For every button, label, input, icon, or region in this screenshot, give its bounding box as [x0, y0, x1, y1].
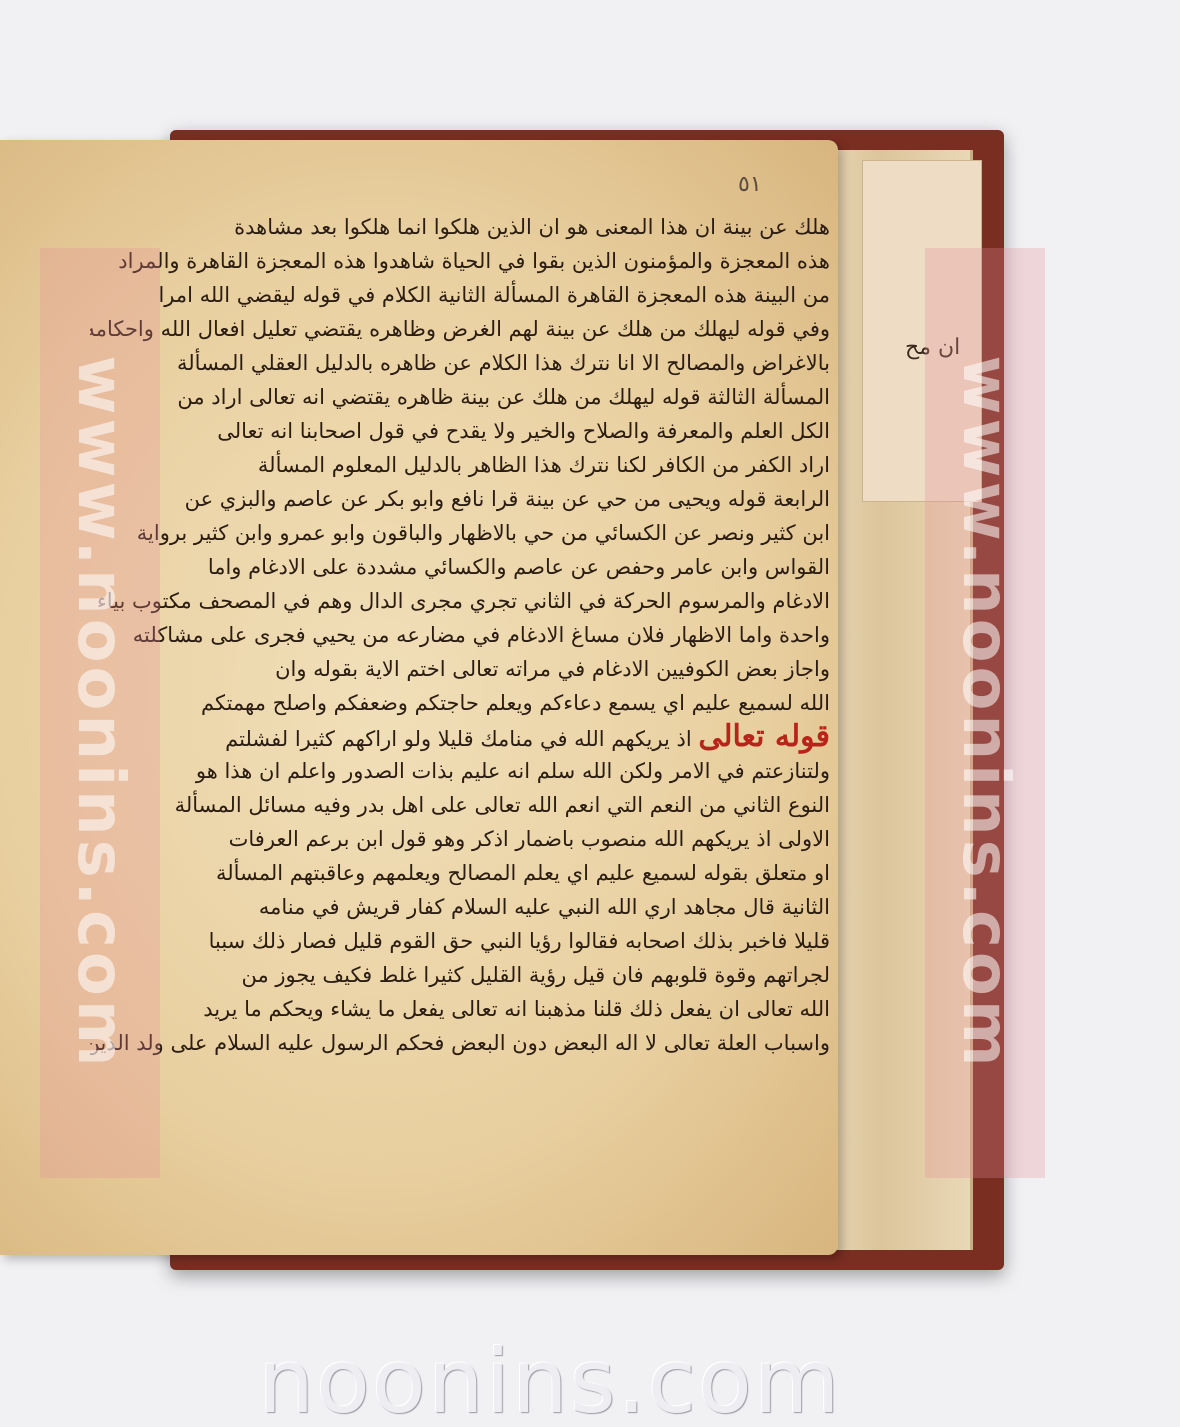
manuscript-line: المسألة الثالثة قوله ليهلك من هلك عن بين…: [90, 380, 830, 414]
rubric-heading: قوله تعالى: [698, 720, 830, 754]
manuscript-line: ابن كثير ونصر عن الكسائي من حي بالاظهار …: [90, 516, 830, 550]
manuscript-line: من البينة هذه المعجزة القاهرة المسألة ال…: [90, 278, 830, 312]
manuscript-line: قوله تعالى اذ يريكهم الله في منامك قليلا…: [90, 720, 830, 754]
manuscript-line: وفي قوله ليهلك من هلك عن بينة لهم الغرض …: [90, 312, 830, 346]
manuscript-line: قليلا فاخبر بذلك اصحابه فقالوا رؤيا النب…: [90, 924, 830, 958]
manuscript-line: القواس وابن عامر وحفص عن عاصم والكسائي م…: [90, 550, 830, 584]
line-text: اذ يريكهم الله في منامك قليلا ولو اراكهم…: [225, 727, 692, 751]
manuscript-line: الكل العلم والمعرفة والصلاح والخير ولا ي…: [90, 414, 830, 448]
manuscript-line: الله لسميع عليم اي يسمع دعاءكم ويعلم حاج…: [90, 686, 830, 720]
manuscript-line: واسباب العلة تعالى لا اله البعض دون البع…: [90, 1026, 830, 1060]
manuscript-line: هذه المعجزة والمؤمنون الذين بقوا في الحي…: [90, 244, 830, 278]
manuscript-text: هلك عن بينة ان هذا المعنى هو ان الذين هل…: [90, 210, 830, 1060]
watermark-bottom: noonins.com: [240, 1330, 860, 1427]
manuscript-line: الرابعة قوله ويحيى من حي عن بينة قرا ناف…: [90, 482, 830, 516]
manuscript-line: ولتنازعتم في الامر ولكن الله سلم انه علي…: [90, 754, 830, 788]
manuscript-line: الاولى اذ يريكهم الله منصوب باضمار اذكر …: [90, 822, 830, 856]
manuscript-line: اراد الكفر من الكافر لكنا نترك هذا الظاه…: [90, 448, 830, 482]
manuscript-line: واحدة واما الاظهار فلان مساغ الادغام في …: [90, 618, 830, 652]
manuscript-line: او متعلق بقوله لسميع عليم اي يعلم المصال…: [90, 856, 830, 890]
manuscript-line: بالاغراض والمصالح الا انا نترك هذا الكلا…: [90, 346, 830, 380]
manuscript-line: النوع الثاني من النعم التي انعم الله تعا…: [90, 788, 830, 822]
manuscript-line: الادغام والمرسوم الحركة في الثاني تجري م…: [90, 584, 830, 618]
manuscript-line: واجاز بعض الكوفيين الادغام في مراته تعال…: [90, 652, 830, 686]
watermark-right: www.noonins.com: [925, 248, 1045, 1178]
watermark-left: www.noonins.com: [40, 248, 160, 1178]
page-number: ٥١: [738, 172, 762, 197]
manuscript-line: الثانية قال مجاهد اري الله النبي عليه ال…: [90, 890, 830, 924]
manuscript-line: الله تعالى ان يفعل ذلك قلنا مذهبنا انه ت…: [90, 992, 830, 1026]
manuscript-line: لجراتهم وقوة قلوبهم فان قيل رؤية القليل …: [90, 958, 830, 992]
manuscript-line: هلك عن بينة ان هذا المعنى هو ان الذين هل…: [90, 210, 830, 244]
